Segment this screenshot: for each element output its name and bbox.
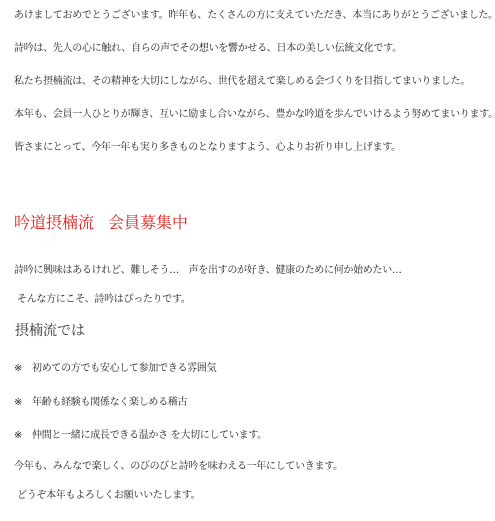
- document-body: あけましておめでとうございます。昨年も、たくさんの方に支えていただき、本当にあり…: [0, 0, 495, 521]
- closing-paragraph-1: 今年も、みんなで楽しく、のびのびと詩吟を味わえる一年にしていきます。: [14, 460, 343, 474]
- recruit-heading: 吟道摂楠流会員募集中: [14, 213, 188, 233]
- reference-mark-icon: ※: [14, 362, 32, 376]
- greeting-paragraph-5: 皆さまにとって、今年一年も実り多きものとなりますよう、心よりお祈り申し上げます。: [14, 141, 401, 155]
- bullet-text: 年齢も経験も関係なく楽しめる稽古: [32, 397, 187, 408]
- greeting-paragraph-4: 本年も、会員一人ひとりが輝き、互いに励まし合いながら、豊かな吟道を歩んでいけるよ…: [14, 108, 495, 122]
- bullet-text: 初めての方でも安心して参加できる雰囲気: [32, 363, 216, 374]
- bullet-text: 仲間と一緒に成長できる温かさ を大切にしています。: [32, 430, 267, 441]
- recruit-heading-school: 吟道摂楠流: [14, 213, 94, 232]
- bullet-item-3: ※仲間と一緒に成長できる温かさ を大切にしています。: [14, 429, 267, 443]
- greeting-paragraph-2: 詩吟は、先人の心に触れ、自らの声でその想いを響かせる、日本の美しい伝統文化です。: [14, 42, 402, 56]
- reference-mark-icon: ※: [14, 396, 32, 410]
- greeting-paragraph-1: あけましておめでとうございます。昨年も、たくさんの方に支えていただき、本当にあり…: [14, 9, 495, 23]
- recruit-heading-recruiting: 会員募集中: [108, 213, 188, 232]
- greeting-paragraph-3: 私たち摂楠流は、その精神を大切にしながら、世代を超えて楽しめる会づくりを目指して…: [14, 75, 470, 89]
- bullet-item-1: ※初めての方でも安心して参加できる雰囲気: [14, 362, 216, 376]
- closing-paragraph-2: どうぞ本年もよろしくお願いいたします。: [17, 489, 201, 503]
- bullet-item-2: ※年齢も経験も関係なく楽しめる稽古: [14, 396, 187, 410]
- recruit-subheading: 摂楠流では: [15, 322, 85, 340]
- recruit-intro: 詩吟に興味はあるけれど、難しそう… 声を出すのが好き、健康のために何か始めたい…: [14, 264, 402, 278]
- reference-mark-icon: ※: [14, 429, 32, 443]
- recruit-intro-2: そんな方にこそ、詩吟はぴったりです。: [17, 293, 191, 307]
